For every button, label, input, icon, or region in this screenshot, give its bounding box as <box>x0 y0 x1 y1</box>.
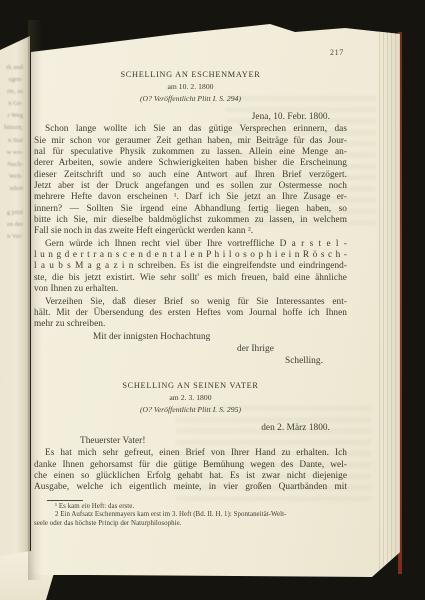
footnote-line: seele oder das höchste Princip der Natur… <box>34 520 347 529</box>
body-line: hält. Mit der Übersendung des ersten Hef… <box>34 308 347 319</box>
body-line: Es hat mich sehr gefreut, einen Brief vo… <box>34 448 347 459</box>
body-line: Verzeihen Sie, daß dieser Brief so wenig… <box>34 297 347 308</box>
letter1-date-note: am 10. 2. 1800 <box>34 82 347 92</box>
body-line: mehrere Hefte davon erscheinen ¹. Darf i… <box>34 192 347 203</box>
body-line: Schon lange wollte ich Sie an das gütige… <box>34 124 347 135</box>
body-line: Fall sie noch in das zweite Heft eingerü… <box>34 226 347 237</box>
body-line: Sie mir schon vor geraumer Zeit gethan h… <box>34 136 347 147</box>
letter1-closing-formula: Mit der innigsten Hochachtung <box>93 332 347 343</box>
letter1-source-note: (O? Veröffentlicht Plitt I. S. 294) <box>34 94 347 104</box>
footnote-1: ¹ Es kam ein Heft: das erste. <box>34 503 347 512</box>
body-line: l u n g d e r t r a n s c e n d e n t a … <box>34 250 347 261</box>
footnote-2: 2 Ein Aufsatz Eschenmayers kam erst im 3… <box>34 511 347 528</box>
letter2-date-note: am 2. 3. 1800 <box>34 393 347 403</box>
letter1-paragraph-1: Schon lange wollte ich Sie an das gütige… <box>34 124 347 237</box>
facing-page-sliver: rk und egen- rte, so n Ge- r Weg hützen,… <box>0 36 30 600</box>
letter1-paragraph-3: Verzeihen Sie, daß dieser Brief so wenig… <box>34 297 347 331</box>
footnote-1-emphasis: ein <box>81 503 90 510</box>
body-line: dieser Zeitschrift und so auch eine Antw… <box>34 170 347 181</box>
footnote-separator-rule <box>47 500 83 501</box>
body-line: che einen so glücklichen Erfolg gehabt h… <box>34 471 347 482</box>
letter2-heading: SCHELLING AN SEINEN VATER <box>34 381 347 391</box>
letter1-dateline: Jena, 10. Febr. 1800. <box>34 112 347 123</box>
body-line: danke Ihnen gehorsamst für die gütige Be… <box>34 460 347 471</box>
body-line: mehr zu schreiben. <box>34 319 347 330</box>
body-line: derer Arbeiten, sowie andere Schwierigke… <box>34 158 347 169</box>
text-column: SCHELLING AN ESCHENMAYER am 10. 2. 1800 … <box>34 18 347 528</box>
photographed-book-page: { "colors": { "background": "#16140f", "… <box>0 0 425 600</box>
letter2-dateline: den 2. März 1800. <box>34 423 347 434</box>
footnote-line: 2 Ein Aufsatz Eschenmayers kam erst im 3… <box>34 511 347 520</box>
letter1-signature: Schelling. <box>285 356 347 367</box>
body-line: Ausgabe, welche ich eigentlich meinte, i… <box>34 482 347 493</box>
body-line: l a u b s M a g a z i n schreiben. Es is… <box>34 261 347 272</box>
book-page: 217 SCHELLING AN ESCHENMAYER am 10. 2. 1… <box>26 18 400 578</box>
body-line: innern? — Sollten Sie irgend eine Abhand… <box>34 204 347 215</box>
body-line: ste, die bis jetzt existirt. Wie sehr so… <box>34 273 347 284</box>
body-line: Jetzt aber ist der Druck angefangen und … <box>34 181 347 192</box>
letter2-source-note: (O? Veröffentlicht Plitt I. S. 295) <box>34 405 347 415</box>
letter2-salutation: Theuerster Vater! <box>80 436 347 447</box>
body-line: Gern würde ich Ihnen recht viel über Ihr… <box>34 239 347 250</box>
letter1-heading: SCHELLING AN ESCHENMAYER <box>34 70 347 80</box>
body-line: bitte ich Sie, mir dieselbe baldmöglichs… <box>34 215 347 226</box>
footnote-1-text: ¹ Es kam <box>55 503 81 510</box>
page-stack-edge <box>376 28 400 573</box>
letter1-closing-phrase: der Ihrige <box>237 344 347 355</box>
facing-page-text-fragments: rk und egen- rte, so n Ge- r Weg hützen,… <box>0 36 30 243</box>
letter1-paragraph-2: Gern würde ich Ihnen recht viel über Ihr… <box>34 239 347 296</box>
body-line: von Ihnen zu erhalten. <box>34 284 347 295</box>
letter2-paragraph-1: Es hat mich sehr gefreut, einen Brief vo… <box>34 448 347 493</box>
footnote-1-text: Heft: das erste. <box>90 503 134 510</box>
body-line: nal für speculative Physik zukommen zu l… <box>34 147 347 158</box>
